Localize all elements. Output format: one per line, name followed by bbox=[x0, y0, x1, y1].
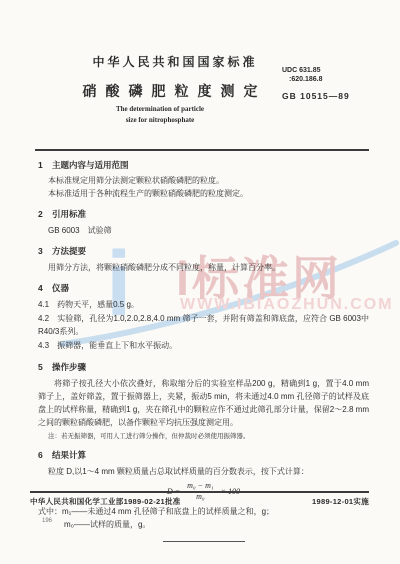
document-body: 1主题内容与适用范围 本标准规定用筛分法测定颗粒状硝酸磷肥的粒度。 本标准适用于… bbox=[38, 156, 369, 542]
section-4-number: 4 bbox=[38, 282, 52, 294]
udc-code-line1: UDC 631.85 bbox=[282, 66, 322, 75]
section-1-heading: 1主题内容与适用范围 bbox=[38, 159, 369, 171]
section-1-paragraph-1: 本标准规定用筛分法测定颗粒状硝酸磷肥的粒度。 bbox=[38, 174, 369, 187]
section-5-title: 操作步骤 bbox=[52, 362, 86, 372]
section-6-number: 6 bbox=[38, 449, 52, 461]
section-6-title: 结果计算 bbox=[52, 450, 86, 460]
section-4-heading: 4仪器 bbox=[38, 282, 369, 294]
section-1-number: 1 bbox=[38, 159, 52, 171]
section-3-heading: 3方法提要 bbox=[38, 245, 369, 257]
footer-implementation: 1989-12-01实施 bbox=[312, 496, 369, 507]
document-page: i i标准网 WWW.IBIAOZHUN.COM 中华人民共和国国家标准 UDC… bbox=[0, 0, 400, 564]
section-2-paragraph-1: GB 6003 试验筛 bbox=[38, 224, 369, 237]
section-5-heading: 5操作步骤 bbox=[38, 361, 369, 373]
section-2-title: 引用标准 bbox=[52, 209, 86, 219]
page-subtitle-english: The determination of particle size for n… bbox=[0, 104, 320, 126]
section-3-title: 方法提要 bbox=[52, 246, 86, 256]
section-3-paragraph-1: 用筛分方法，将颗粒硝酸磷肥分成不同粒度，称量，计算百分率。 bbox=[38, 261, 369, 274]
section-4-clause-43: 4.3 振筛器，能垂直上下和水平振动。 bbox=[38, 339, 369, 352]
section-5-number: 5 bbox=[38, 361, 52, 373]
section-6-paragraph-1: 粒度 D,以1～4 mm 颗粒质量占总取试样质量的百分数表示，按下式计算： bbox=[38, 465, 369, 478]
section-3-number: 3 bbox=[38, 245, 52, 257]
subtitle-line2: size for nitrophosphate bbox=[0, 115, 320, 126]
section-2-number: 2 bbox=[38, 208, 52, 220]
section-1-paragraph-2: 本标准适用于各种流程生产的颗粒硝酸磷肥的粒度测定。 bbox=[38, 187, 369, 200]
footer-approval: 中华人民共和国化学工业部1989-02-21批准 bbox=[30, 496, 181, 507]
section-6-heading: 6结果计算 bbox=[38, 449, 369, 461]
footer-rule bbox=[30, 491, 369, 493]
section-4-clause-42: 4.2 实验筛，孔径为1.0,2.0,2.8,4.0 mm 筛子一套，并附有筛盖… bbox=[38, 312, 369, 338]
section-5-note: 注：若无振筛器，可用人工进行筛分操作，但仲裁时必须使用振筛器。 bbox=[38, 432, 369, 441]
section-5-paragraph-1: 将筛子按孔径大小依次叠好，称取缩分后的实验室样品200 g，精确到1 g，置于4… bbox=[38, 377, 369, 429]
section-2-heading: 2引用标准 bbox=[38, 208, 369, 220]
section-4-title: 仪器 bbox=[52, 283, 69, 293]
subtitle-line1: The determination of particle bbox=[0, 104, 320, 115]
end-of-text-divider bbox=[163, 541, 245, 542]
footer: 中华人民共和国化学工业部1989-02-21批准 1989-12-01实施 bbox=[30, 496, 369, 507]
page-number: 196 bbox=[42, 518, 52, 524]
section-1-title: 主题内容与适用范围 bbox=[52, 160, 129, 170]
section-4-clause-41: 4.1 药物天平，感量0.5 g。 bbox=[38, 298, 369, 311]
formula-where-line2: m₀——试样的质量，g。 bbox=[38, 518, 369, 531]
header-rule bbox=[35, 149, 369, 151]
standard-number: GB 10515—89 bbox=[282, 91, 350, 101]
document-content: 中华人民共和国国家标准 UDC 631.85 :620.186.8 硝酸磷肥粒度… bbox=[0, 0, 400, 564]
